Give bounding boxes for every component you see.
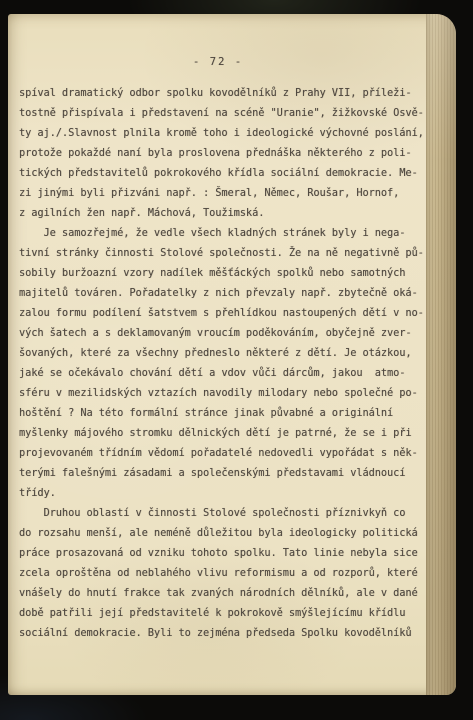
text-line: vnášely do hnutí frakce tak zvaných náro… bbox=[19, 584, 433, 604]
text-line: spíval dramatický odbor spolku kovodělní… bbox=[19, 84, 433, 104]
text-line: sociální demokracie. Byli to zejména pře… bbox=[19, 624, 433, 644]
book-page: - 72 - spíval dramatický odbor spolku ko… bbox=[8, 14, 456, 695]
text-line: Je samozřejmé, že vedle všech kladných s… bbox=[19, 224, 433, 244]
text-line: Druhou oblastí v činnosti Stolové společ… bbox=[19, 504, 433, 524]
text-line: majitelů továren. Pořadatelky z nich pře… bbox=[19, 284, 433, 304]
text-line: sobily buržoazní vzory nadílek měšťáckýc… bbox=[19, 264, 433, 284]
text-line: sféru v mezilidských vztazích navodily m… bbox=[19, 384, 433, 404]
page-text: spíval dramatický odbor spolku kovodělní… bbox=[19, 84, 433, 644]
text-line: zalou formu podílení šatstvem s přehlídk… bbox=[19, 304, 433, 324]
text-line: tivní stránky činnosti Stolové společnos… bbox=[19, 244, 433, 264]
text-line: tických představitelů pokrokového křídla… bbox=[19, 164, 433, 184]
text-line: třídy. bbox=[19, 484, 433, 504]
text-line: zcela oproštěna od neblahého vlivu refor… bbox=[19, 564, 433, 584]
page-number: - 72 - bbox=[8, 56, 428, 68]
text-line: projevovaném třídním vědomí pořadatelé n… bbox=[19, 444, 433, 464]
text-line: do rozsahu menší, ale neméně důležitou b… bbox=[19, 524, 433, 544]
text-line: zi jinými byli přizváni např. : Šmeral, … bbox=[19, 184, 433, 204]
text-line: době patřili její představitelé k pokrok… bbox=[19, 604, 433, 624]
text-line: jaké se očekávalo chování dětí a vdov vů… bbox=[19, 364, 433, 384]
scanned-book-photo: - 72 - spíval dramatický odbor spolku ko… bbox=[0, 0, 473, 720]
text-line: protože pokaždé naní byla proslovena pře… bbox=[19, 144, 433, 164]
text-line: z agilních žen např. Máchová, Toužimská. bbox=[19, 204, 433, 224]
text-line: ty aj./.Slavnost plnila kromě toho i ide… bbox=[19, 124, 433, 144]
text-line: vých šatech a s deklamovaným vroucím pod… bbox=[19, 324, 433, 344]
text-line: tostně přispívala i představení na scéně… bbox=[19, 104, 433, 124]
text-line: šovaných, které za všechny předneslo něk… bbox=[19, 344, 433, 364]
text-line: práce prosazovaná od vzniku tohoto spolk… bbox=[19, 544, 433, 564]
text-line: terými falešnými zásadami a společenským… bbox=[19, 464, 433, 484]
text-line: myšlenky májového stromku dělnických dět… bbox=[19, 424, 433, 444]
text-line: hoštění ? Na této formální stránce jinak… bbox=[19, 404, 433, 424]
